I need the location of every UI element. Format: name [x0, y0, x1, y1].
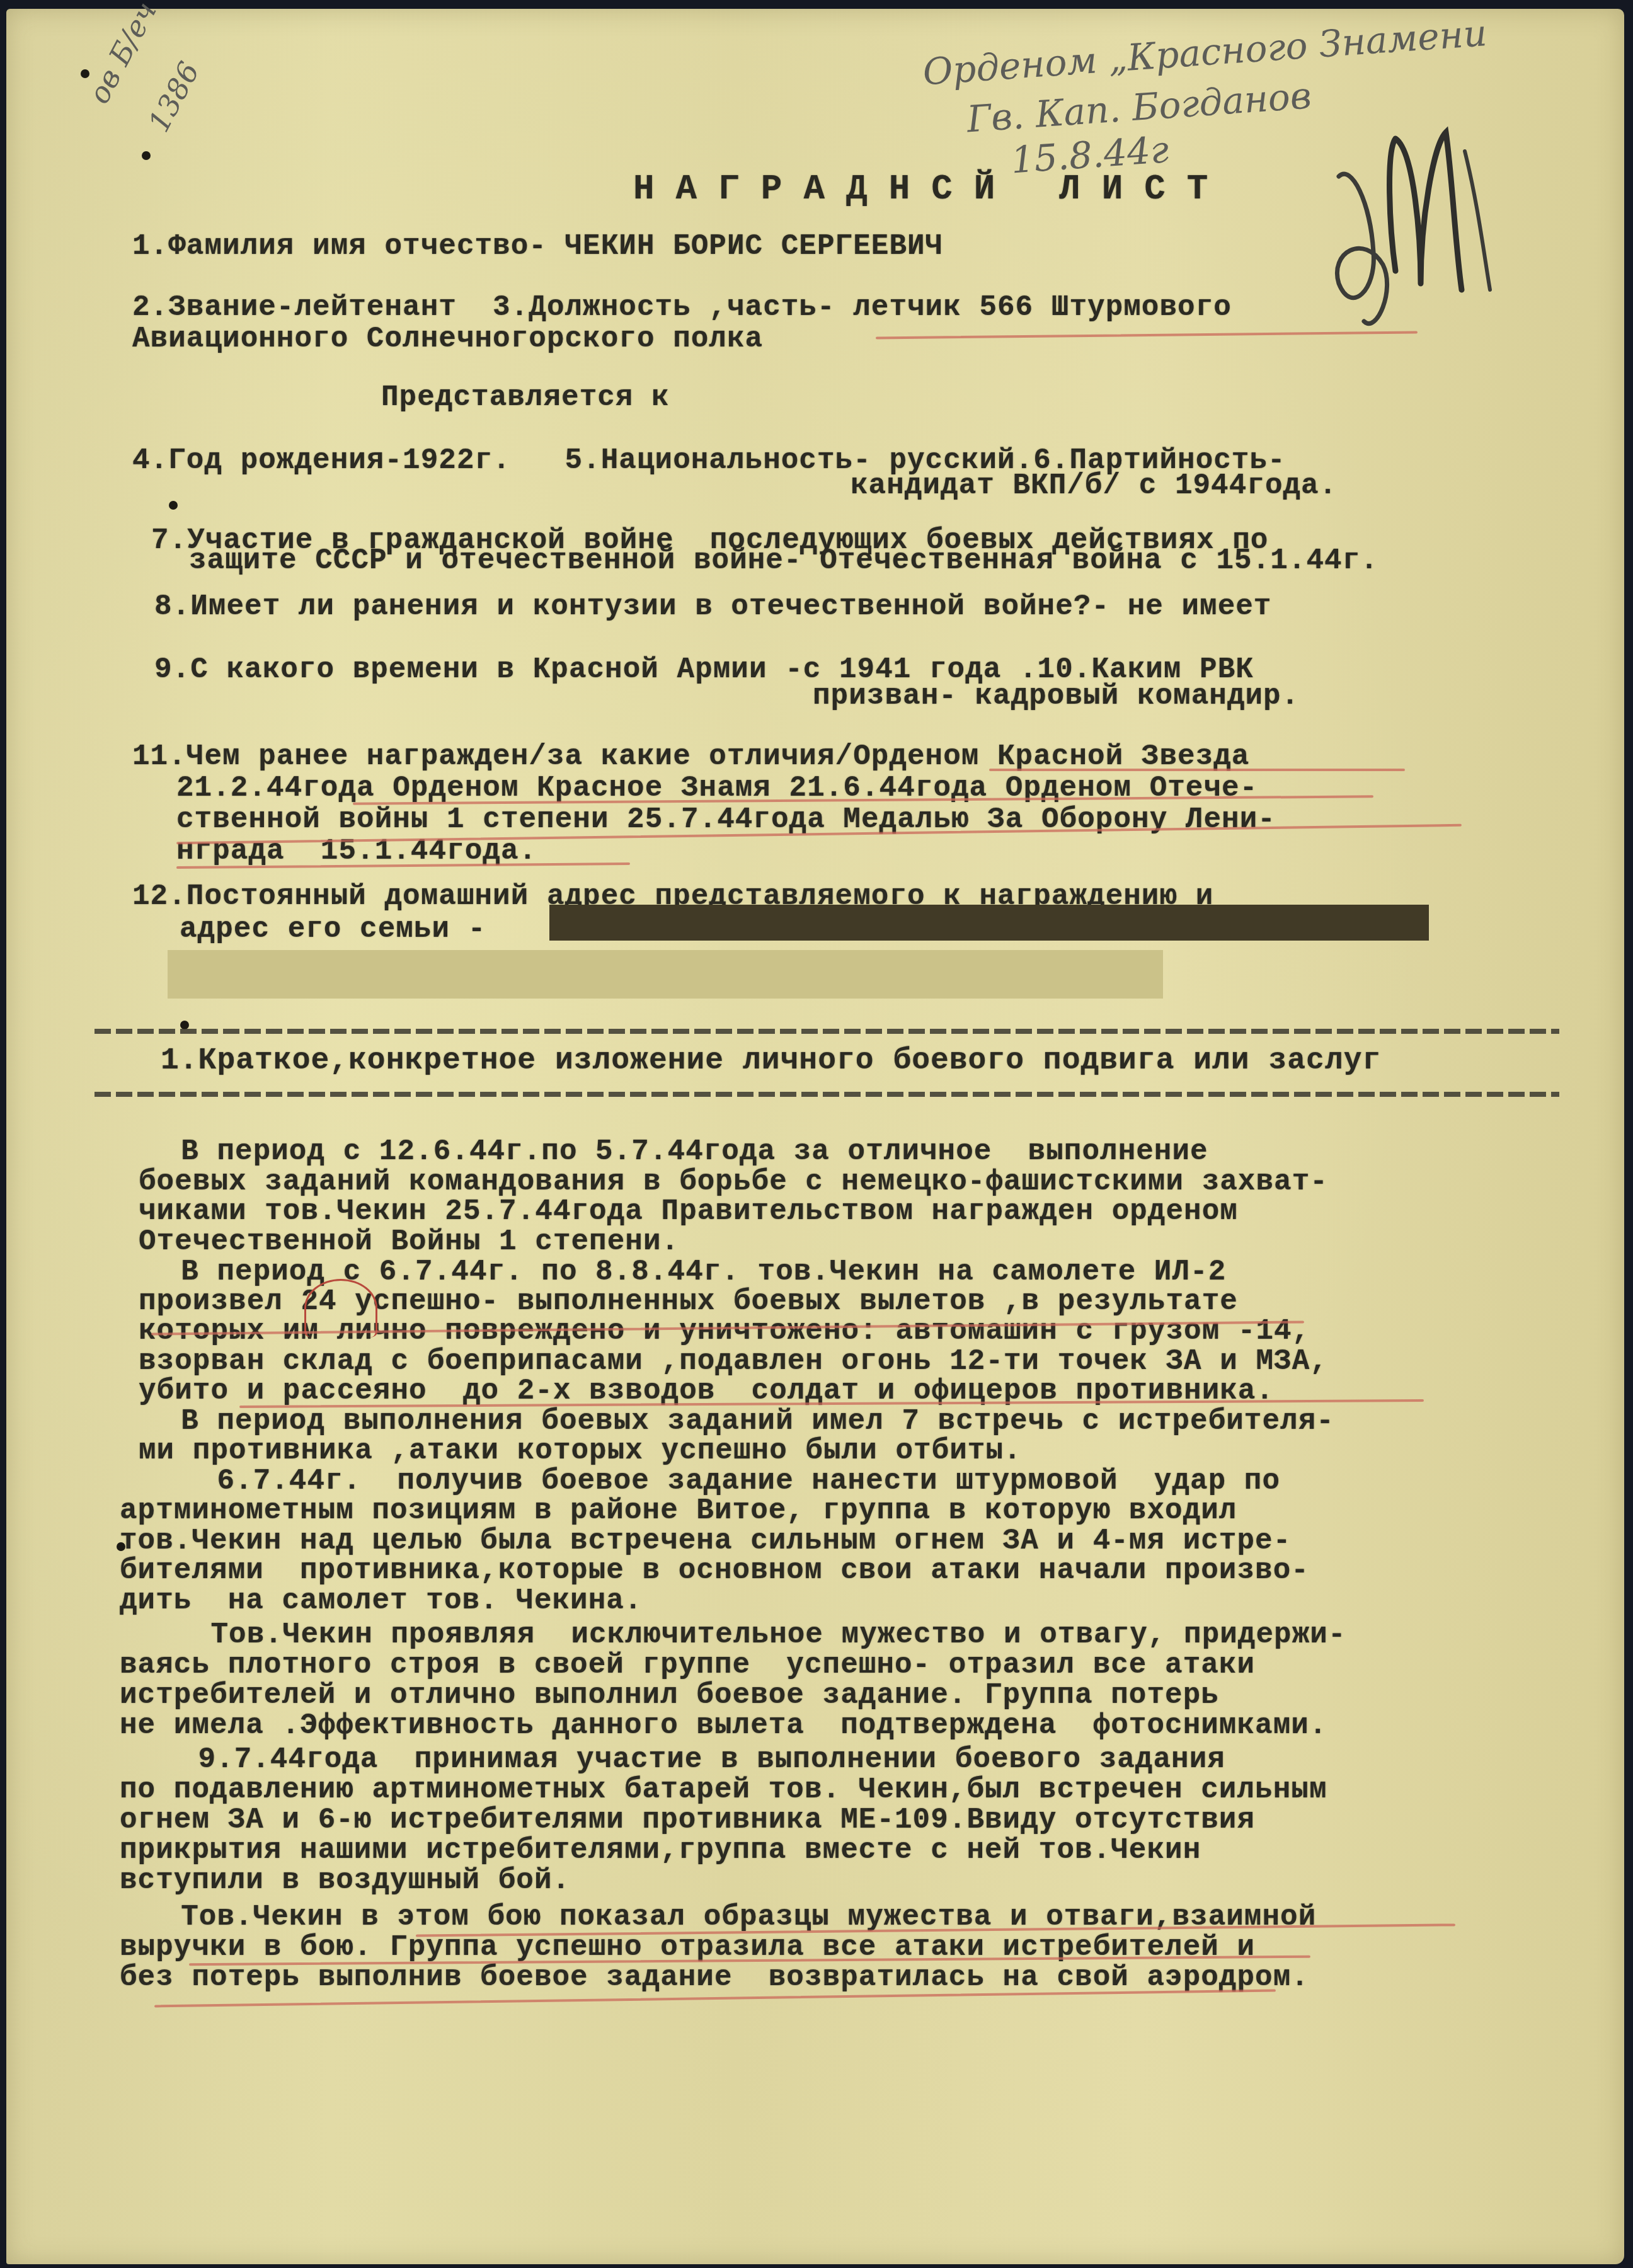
- field-3-unit: Авиационного Солнечногорского полка: [132, 324, 763, 353]
- presented-for-label: Представляется к: [381, 383, 670, 412]
- field-12-family-address: адрес его семьи -: [180, 915, 486, 944]
- dashed-divider: [95, 1092, 1559, 1097]
- narrative-line: без потерь выполнив боевое задание возвр…: [120, 1963, 1309, 1992]
- narrative-line: вступили в воздушный бой.: [120, 1866, 570, 1895]
- narrative-line: Тов.Чекин проявляя исключительное мужест…: [139, 1620, 1346, 1649]
- narrative-line: ваясь плотного строя в своей группе успе…: [120, 1651, 1255, 1680]
- dashed-divider: [95, 1029, 1559, 1034]
- narrative-line: не имела .Эффективность данного вылета п…: [120, 1711, 1327, 1740]
- narrative-line: произвел 24 успешно- выполненных боевых …: [139, 1287, 1238, 1316]
- punch-hole: [142, 151, 151, 160]
- field-10-drafted-by: призван- кадровый командир.: [813, 682, 1299, 711]
- handwritten-resolution-date: 15.8.44г: [984, 94, 1170, 180]
- narrative-line: прикрытия нашими истребителями,группа вм…: [120, 1836, 1201, 1865]
- narrative-line: В период с 12.6.44г.по 5.7.44года за отл…: [145, 1137, 1208, 1166]
- narrative-line: чиками тов.Чекин 25.7.44года Правительст…: [139, 1197, 1238, 1226]
- narrative-line: тов.Чекин над целью была встречена сильн…: [120, 1526, 1291, 1555]
- narrative-line: по подавлению артминометных батарей тов.…: [120, 1775, 1327, 1804]
- field-6-party-membership: кандидат ВКП/б/ с 1944года.: [851, 471, 1337, 500]
- narrative-line: боевых заданий командования в борьбе с н…: [139, 1167, 1328, 1196]
- narrative-line: В период выполнения боевых заданий имел …: [145, 1407, 1334, 1436]
- narrative-line: бителями противника,которые в основном с…: [120, 1556, 1309, 1585]
- narrative-line: артминометным позициям в районе Витое, г…: [120, 1496, 1237, 1525]
- redaction-block: [549, 905, 1429, 941]
- field-8-wounds: 8.Имеет ли ранения и контузии в отечеств…: [154, 592, 1271, 621]
- narrative-line: В период с 6.7.44г. по 8.8.44г. тов.Чеки…: [145, 1257, 1226, 1286]
- narrative-line: истребителей и отлично выполнил боевое з…: [120, 1681, 1219, 1710]
- signature-icon: [1326, 126, 1515, 334]
- field-1-full-name: 1.Фамилия имя отчество- ЧЕКИН БОРИС СЕРГ…: [132, 232, 943, 261]
- narrative-line: дить на самолет тов. Чекина.: [120, 1586, 643, 1615]
- section-heading-feat-summary: 1.Краткое,конкретное изложение личного б…: [161, 1046, 1381, 1076]
- field-2-3-rank-position: 2.Звание-лейтенант 3.Должность ,часть- л…: [132, 293, 1232, 322]
- field-7-war-participation-cont: защите СССР и отечественной войне- Отече…: [189, 546, 1378, 575]
- narrative-line: Отечественной Войны 1 степени.: [139, 1227, 679, 1256]
- red-underline: [989, 769, 1405, 771]
- document-title: НАГРАДНСЙ ЛИСТ: [633, 169, 1229, 209]
- punch-hole: [169, 501, 178, 510]
- narrative-line: 9.7.44года принимая участие в выполнении…: [126, 1745, 1225, 1774]
- field-11-prior-awards: 11.Чем ранее награжден/за какие отличия/…: [132, 742, 1249, 771]
- narrative-line: взорван склад с боеприпасами ,подавлен о…: [139, 1347, 1328, 1376]
- narrative-line: ми противника ,атаки которых успешно был…: [139, 1436, 1022, 1465]
- narrative-line: огнем ЗА и 6-ю истребителями противника …: [120, 1806, 1255, 1835]
- redaction-block: [168, 950, 1163, 999]
- circled-sortie-count-annotation: [304, 1279, 377, 1337]
- narrative-line: 6.7.44г. получив боевое задание нанести …: [145, 1467, 1280, 1496]
- punch-hole: [180, 1021, 189, 1029]
